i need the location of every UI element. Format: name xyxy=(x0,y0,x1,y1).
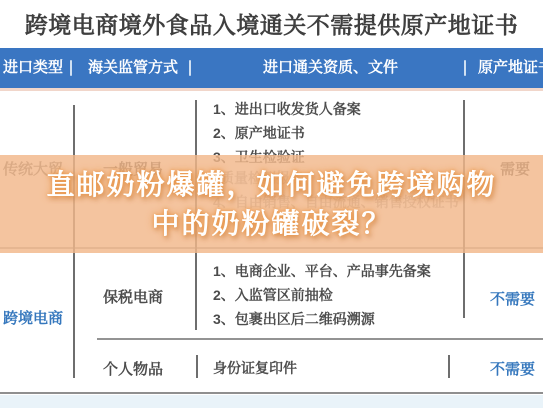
doc-item: 2、原产地证书 xyxy=(213,124,305,142)
header-separator-icon xyxy=(189,60,191,76)
header-separator-icon xyxy=(464,60,466,76)
header-underline xyxy=(0,88,543,91)
infographic-table: 跨境电商境外食品入境通关不需提供原产地证书 进口类型 海关监管方式 进口通关资质… xyxy=(0,0,543,408)
doc-item: 1、进出口收发货人备案 xyxy=(213,100,361,118)
caption-line-1: 直邮奶粉爆罐，如何避免跨境购物 xyxy=(46,165,496,204)
bottom-rule xyxy=(0,392,543,394)
header-import-type: 进口类型 xyxy=(3,48,63,88)
header-separator-icon xyxy=(70,60,72,76)
page-title: 跨境电商境外食品入境通关不需提供原产地证书 xyxy=(0,7,543,40)
mode-label-bonded: 保税电商 xyxy=(103,286,163,307)
doc-item: 3、包裹出区后二维码溯源 xyxy=(213,310,375,328)
header-supervision-mode: 海关监管方式 xyxy=(88,48,178,88)
doc-item: 1、电商企业、平台、产品事先备案 xyxy=(213,262,431,280)
caption-overlay: 直邮奶粉爆罐，如何避免跨境购物 中的奶粉罐破裂？ xyxy=(0,155,543,253)
table-header: 进口类型 海关监管方式 进口通关资质、文件 原产地证书 xyxy=(0,48,543,88)
caption-line-2: 中的奶粉罐破裂？ xyxy=(151,204,391,243)
requirement-value: 不需要 xyxy=(490,288,535,309)
requirement-value: 不需要 xyxy=(490,358,535,379)
header-documents: 进口通关资质、文件 xyxy=(263,48,398,88)
row-divider xyxy=(97,338,543,340)
doc-item: 身份证复印件 xyxy=(213,359,297,377)
doc-item: 2、入监管区前抽检 xyxy=(213,286,333,304)
bottom-strip xyxy=(0,395,543,408)
column-divider xyxy=(448,355,450,378)
column-divider xyxy=(196,355,198,378)
header-origin-cert: 原产地证书 xyxy=(478,48,543,88)
mode-label-personal: 个人物品 xyxy=(103,358,163,379)
group-label-crossborder: 跨境电商 xyxy=(3,307,63,328)
